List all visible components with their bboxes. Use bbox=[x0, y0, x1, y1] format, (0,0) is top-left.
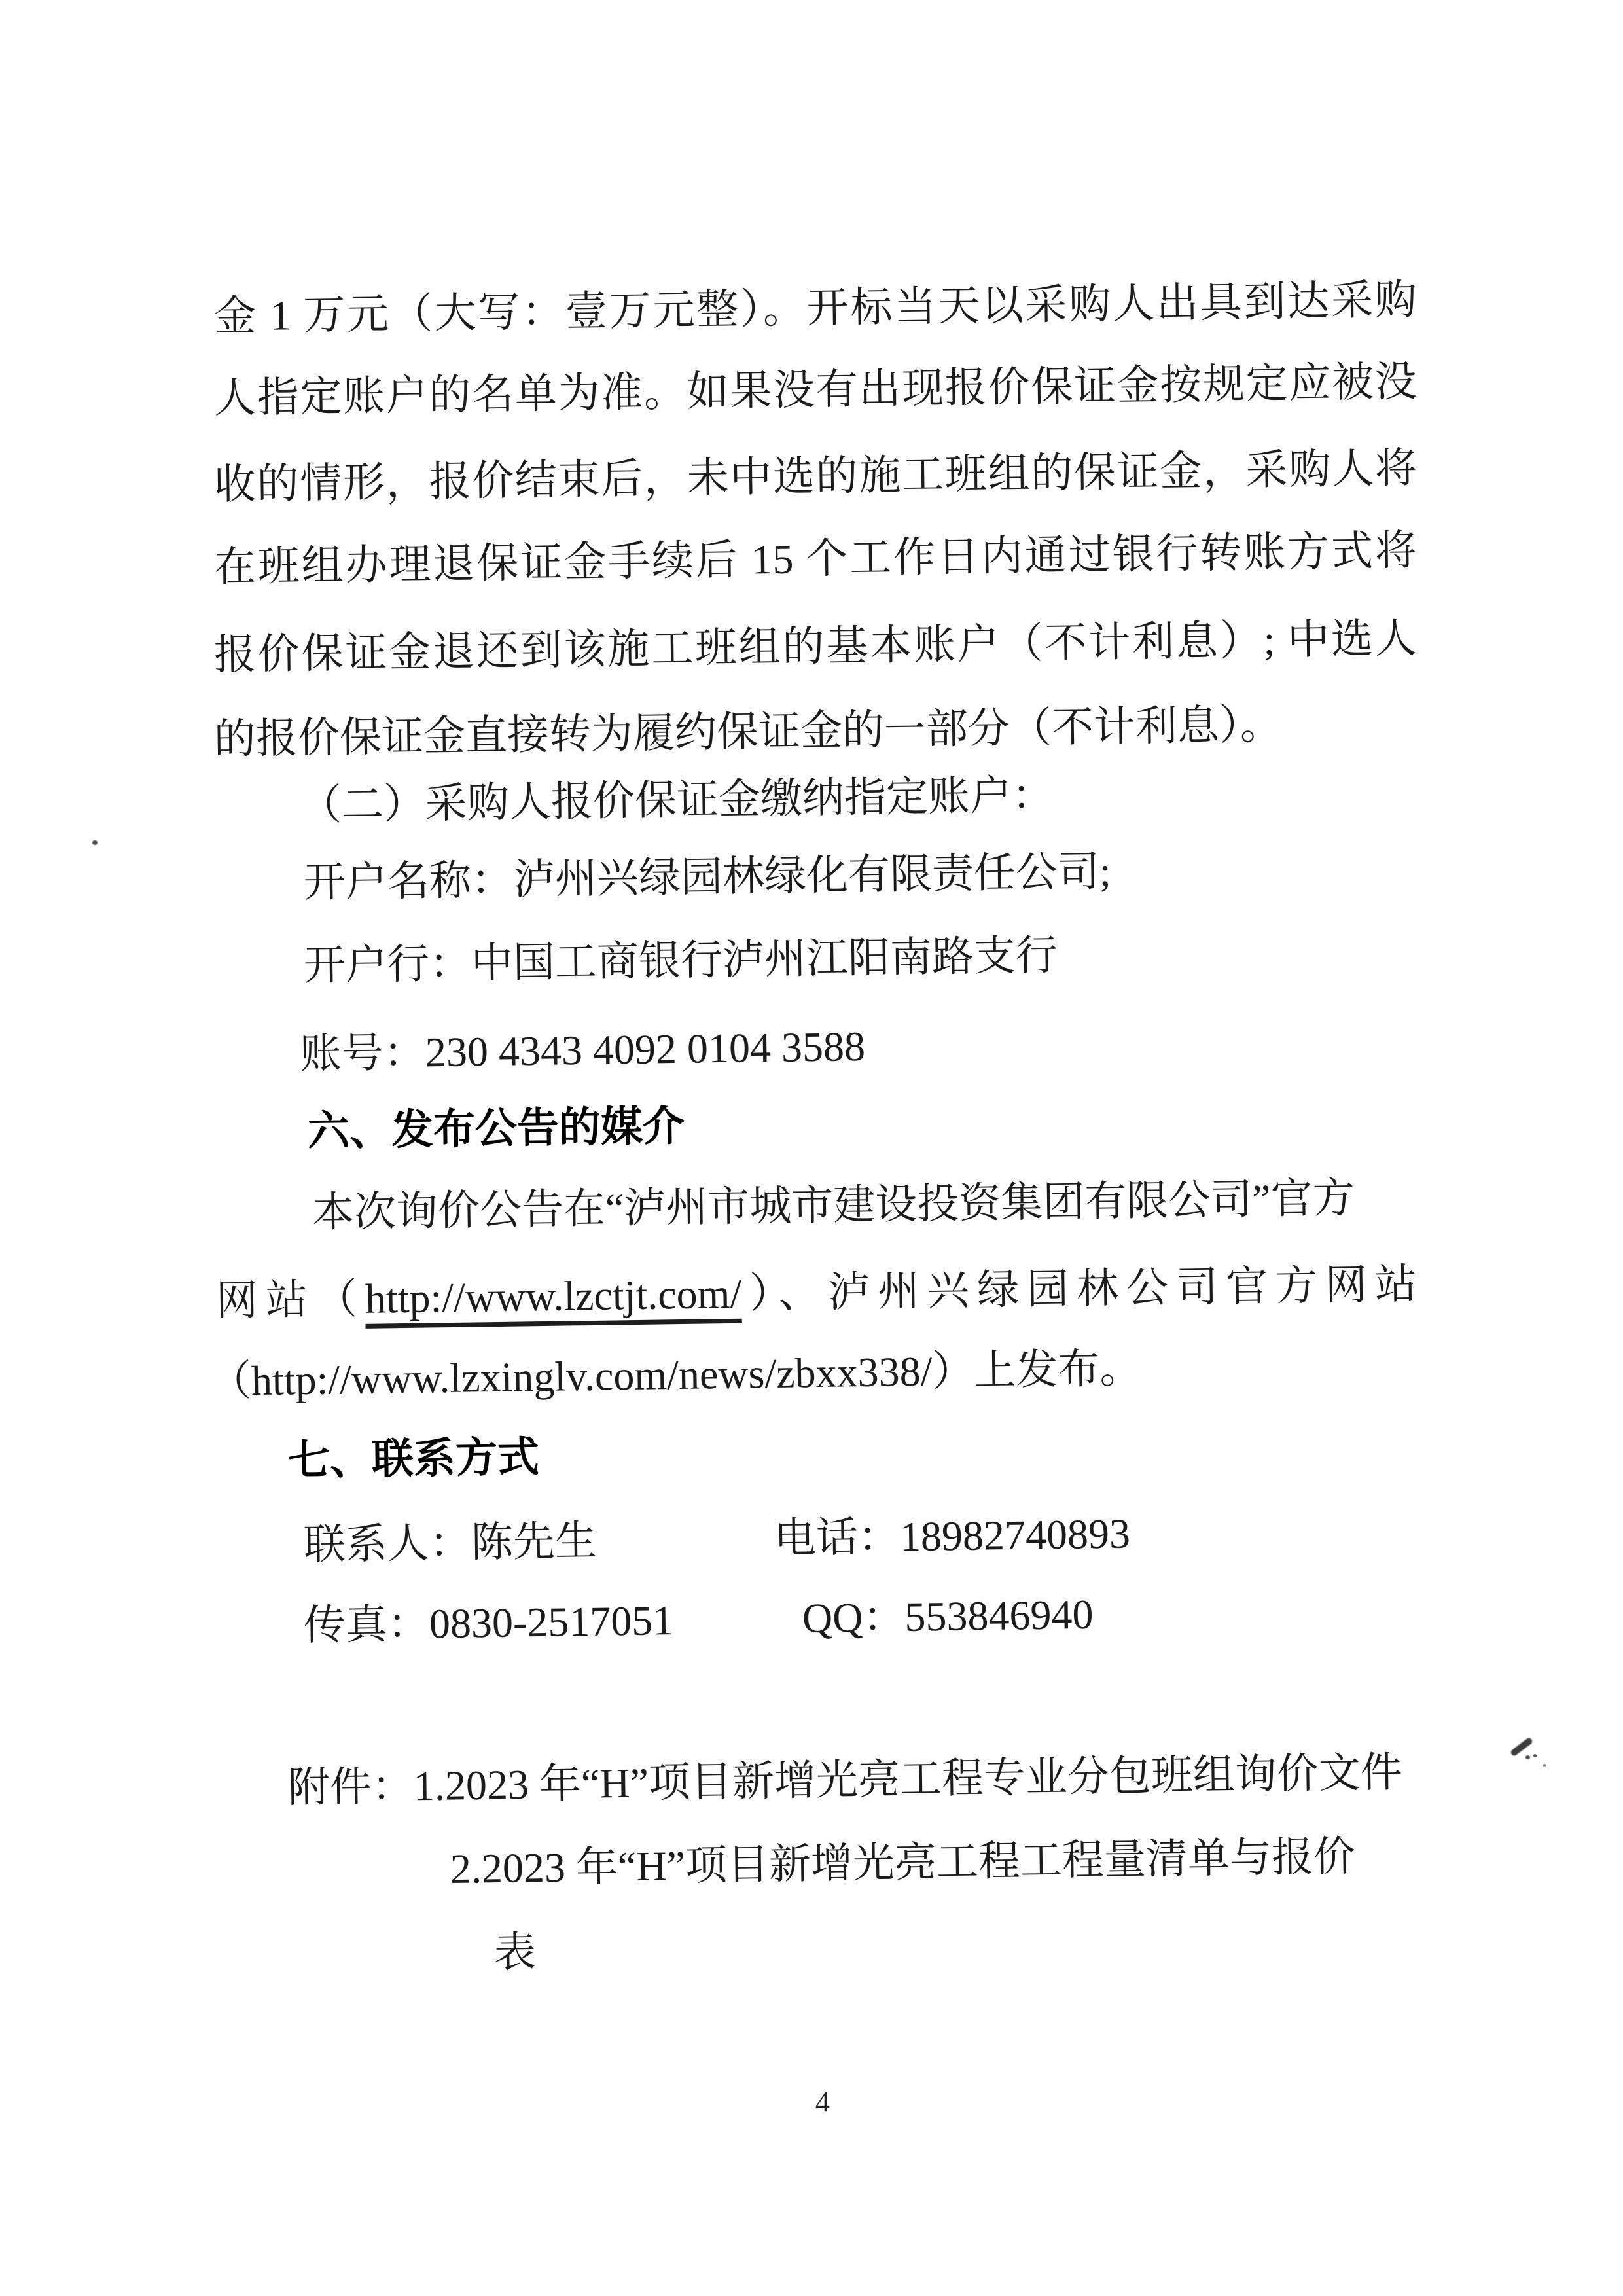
bank-branch-line: 开户行：中国工商银行泸州江阳南路支行 bbox=[303, 931, 1058, 990]
media-body-line: 本次询价公告在“泸州市城市建设投资集团有限公司”官方 bbox=[312, 1174, 1355, 1237]
ink-smudge-dot bbox=[1525, 1755, 1530, 1759]
deposit-paragraph-line: 在班组办理退保证金手续后 15 个工作日内通过银行转账方式将 bbox=[213, 526, 1417, 591]
ink-smudge bbox=[1510, 1737, 1533, 1757]
ink-smudge-dot bbox=[1533, 1754, 1537, 1757]
deposit-paragraph-line: 报价保证金退还到该施工班组的基本账户（不计利息）; 中选人 bbox=[213, 614, 1417, 679]
deposit-paragraph-line: 人指定账户的名单为准。如果没有出现报价保证金按规定应被没 bbox=[213, 357, 1417, 422]
deposit-paragraph-line: 金 1 万元（大写：壹万元整）。开标当天以采购人出具到达采购 bbox=[213, 276, 1417, 340]
contact-person-line: 联系人：陈先生 bbox=[303, 1517, 597, 1570]
account-number-line: 账号：230 4343 4092 0104 3588 bbox=[299, 1022, 865, 1079]
contact-qq-line: QQ：553846940 bbox=[802, 1590, 1093, 1643]
ink-speck bbox=[92, 840, 98, 845]
contact-section-heading: 七、联系方式 bbox=[287, 1433, 539, 1485]
media-section-heading: 六、发布公告的媒介 bbox=[307, 1102, 685, 1156]
contact-phone-line: 电话：18982740893 bbox=[774, 1509, 1130, 1562]
contact-fax-line: 传真：0830-2517051 bbox=[303, 1596, 673, 1649]
website-suffix-text: ）、泸州兴绿园林公司官方网站 bbox=[741, 1261, 1418, 1316]
attachments-line: 附件：1.2023 年“H”项目新增光亮工程专业分包班组询价文件 bbox=[287, 1748, 1402, 1812]
scanned-document-page: 金 1 万元（大写：壹万元整）。开标当天以采购人出具到达采购 人指定账户的名单为… bbox=[0, 0, 1623, 2296]
account-section-heading: （二）采购人报价保证金缴纳指定账户： bbox=[299, 771, 1054, 830]
page-number: 4 bbox=[815, 2085, 830, 2119]
ink-smudge-dot bbox=[1543, 1764, 1546, 1767]
attachments-line: 表 bbox=[493, 1928, 536, 1977]
website-prefix-text: 网站（ bbox=[216, 1276, 366, 1324]
media-body-line: 网站（http://www.lzctjt.com/）、泸州兴绿园林公司官方网站 bbox=[215, 1260, 1417, 1325]
lzctjt-url-text: http://www.lzctjt.com/ bbox=[365, 1270, 741, 1322]
account-name-line: 开户名称：泸州兴绿园林绿化有限责任公司; bbox=[303, 848, 1111, 907]
attachments-line: 2.2023 年“H”项目新增光亮工程工程量清单与报价 bbox=[450, 1833, 1355, 1893]
media-body-line: （http://www.lzxinglv.com/news/zbxx338/）上… bbox=[209, 1344, 1141, 1405]
deposit-paragraph-line: 的报价保证金直接转为履约保证金的一部分（不计利息）。 bbox=[213, 700, 1282, 763]
deposit-paragraph-line: 收的情形，报价结束后，未中选的施工班组的保证金，采购人将 bbox=[213, 444, 1417, 509]
